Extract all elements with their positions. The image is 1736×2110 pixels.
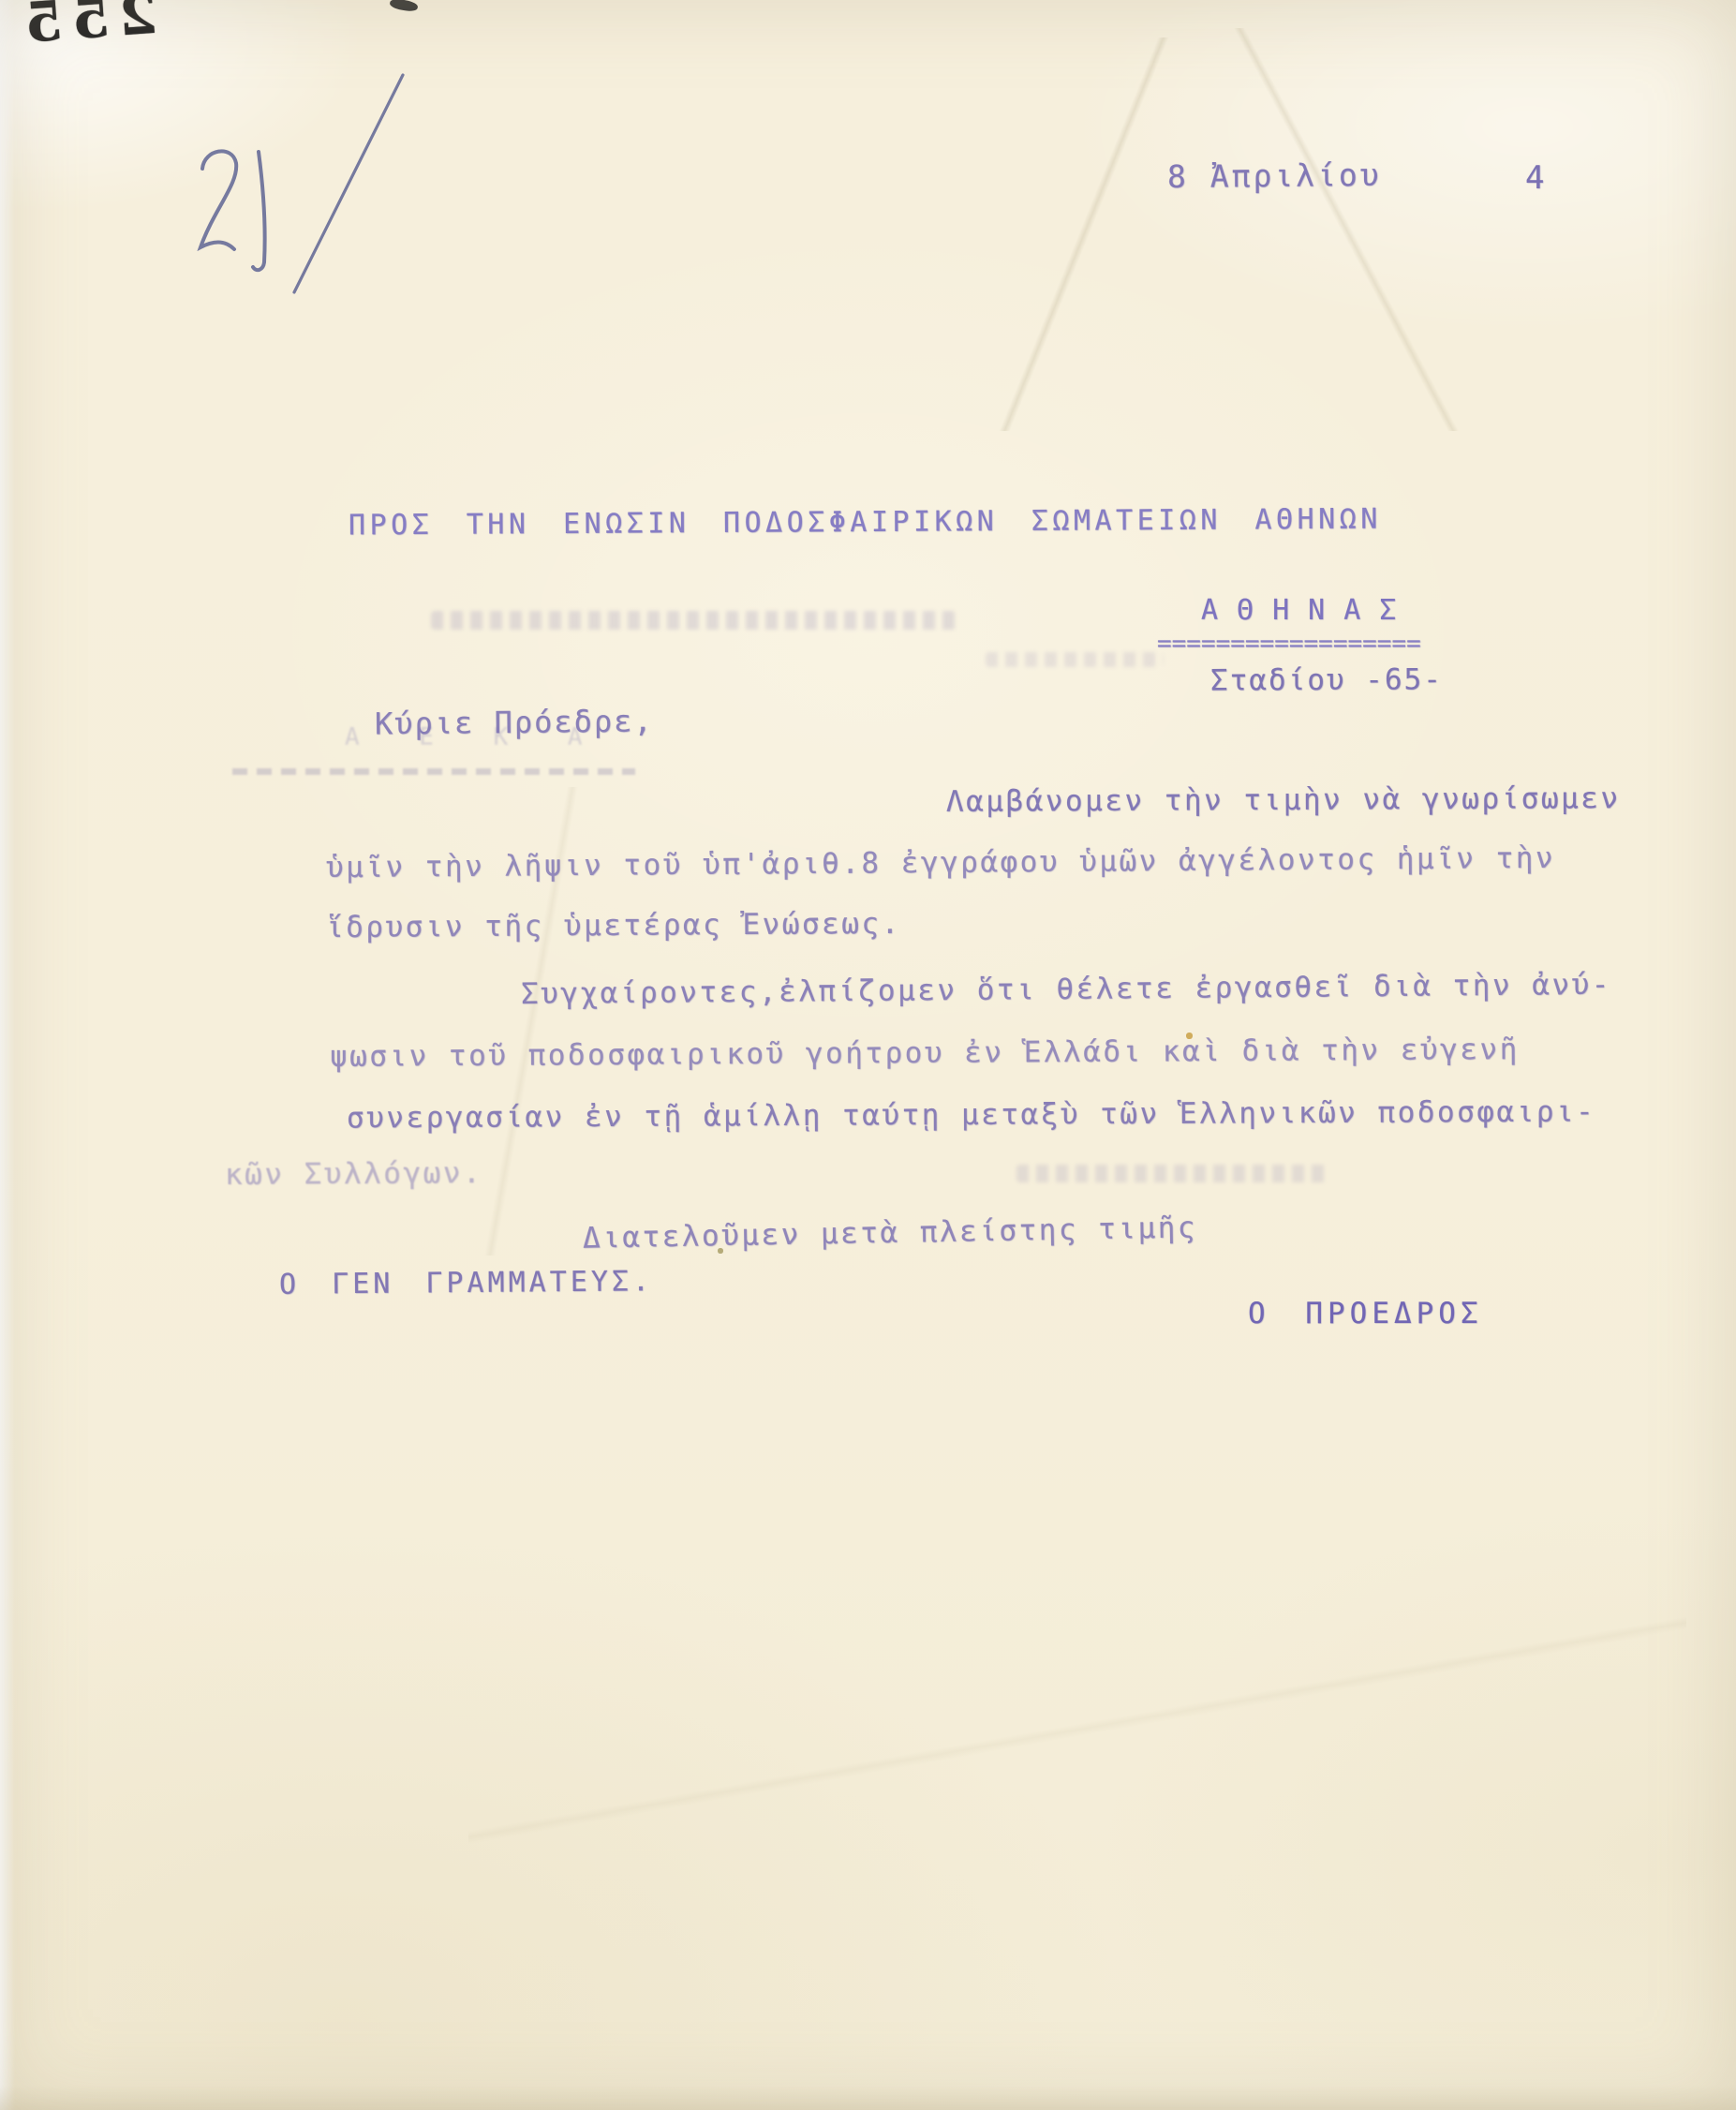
bleedthrough-dashes (232, 768, 635, 775)
president-signature-label: Ο ΠΡΟΕΔΡΟΣ (1248, 1297, 1483, 1330)
handwritten-number-mark (171, 67, 433, 311)
city-name: ΑΘΗΝΑΣ (1201, 594, 1415, 627)
salutation: Κύριε Πρόεδρε, (375, 703, 654, 741)
body-line: Λαμβάνομεν τὴν τιμὴν νὰ γνωρίσωμεν (946, 781, 1621, 819)
scanned-letter-page: { "colors": { "paper": "#f5eeda", "typew… (0, 0, 1736, 2110)
bleedthrough-smudge (1016, 1165, 1326, 1182)
secretary-signature-label: Ο ΓΕΝ ΓΡΑΜΜΑΤΕΥΣ. (279, 1265, 653, 1300)
recipient-line: ΠΡΟΣ ΤΗΝ ΕΝΩΣΙΝ ΠΟΔΟΣΦΑΙΡΙΚΩΝ ΣΩΜΑΤΕΙΩΝ … (349, 503, 1382, 542)
body-line: συνεργασίαν ἐν τῇ ἁμίλλῃ ταύτῃ μεταξὺ τῶ… (347, 1095, 1595, 1136)
bleedthrough-smudge (431, 611, 956, 630)
bleedthrough-smudge (986, 652, 1164, 667)
scan-edge (0, 2086, 1736, 2110)
handwritten-slash (294, 75, 403, 292)
date-text: 8 Ἀπριλίου (1167, 156, 1382, 195)
handwritten-digit-2 (200, 151, 236, 249)
body-line: κῶν Συλλόγων. (225, 1156, 482, 1192)
scan-edge (0, 0, 15, 2110)
city-underline: ================== (1157, 630, 1421, 658)
street-address: Σταδίου -65- (1210, 662, 1443, 697)
year-digit: 4 (1525, 159, 1544, 197)
handwritten-digit-1 (253, 152, 265, 270)
body-line: ἵδρυσιν τῆς ὑμετέρας Ἐνώσεως. (326, 907, 901, 944)
